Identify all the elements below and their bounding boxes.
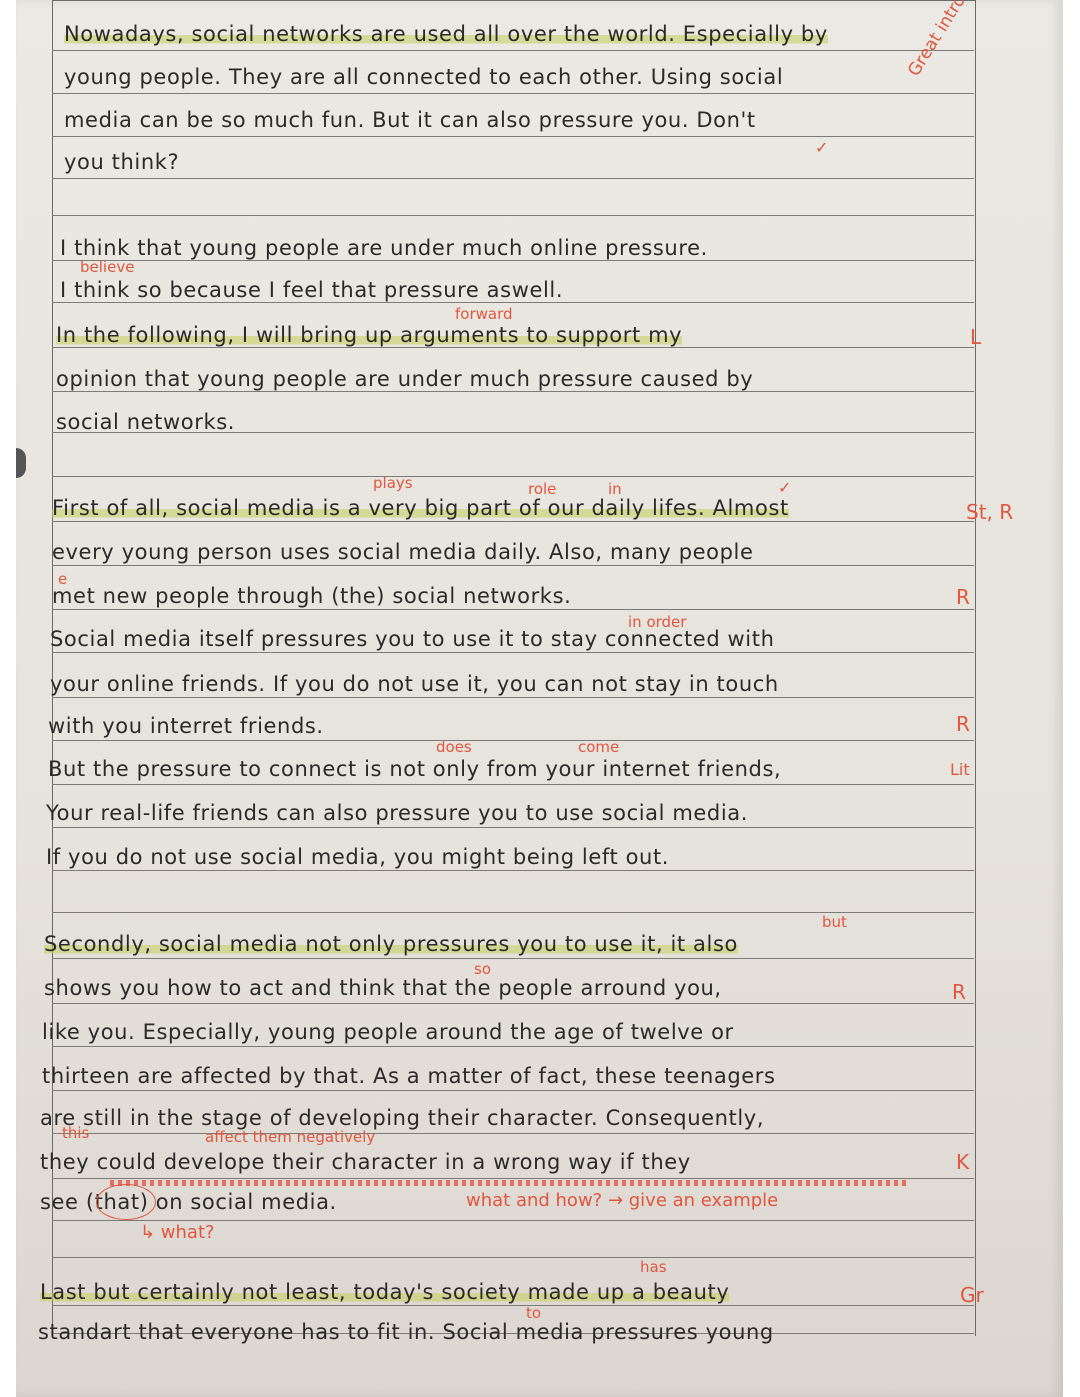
essay-line: every young person uses social media dai…: [52, 540, 952, 564]
essay-line: are still in the stage of developing the…: [40, 1106, 940, 1130]
essay-line: shows you how to act and think that the …: [44, 976, 944, 1000]
margin-mark: Gr: [960, 1283, 984, 1307]
margin-mark: R: [956, 585, 970, 609]
essay-line: opinion that young people are under much…: [56, 367, 956, 391]
essay-line: First of all, social media is a very big…: [52, 496, 952, 520]
correction-has: has: [640, 1258, 667, 1276]
essay-line: Social media itself pressures you to use…: [50, 627, 950, 651]
margin-mark: L: [970, 325, 981, 349]
essay-line: young people. They are all connected to …: [64, 65, 964, 89]
correction-believe: believe: [80, 258, 134, 276]
correction-this: this: [62, 1124, 89, 1142]
essay-line: social networks.: [56, 410, 956, 434]
essay-line: Last but certainly not least, today's so…: [40, 1280, 940, 1304]
margin-mark: K: [956, 1150, 969, 1174]
essay-line: like you. Especially, young people aroun…: [42, 1020, 942, 1044]
page-frame: [52, 0, 976, 1336]
check-mark-icon: ✓: [778, 478, 791, 497]
essay-line: they could develope their character in a…: [40, 1150, 940, 1174]
circle-mark: [96, 1184, 156, 1220]
essay-line: your online friends. If you do not use i…: [50, 672, 950, 696]
essay-line: Nowadays, social networks are used all o…: [64, 22, 964, 46]
essay-line: If you do not use social media, you migh…: [46, 845, 946, 869]
essay-line: I think that young people are under much…: [60, 236, 960, 260]
correction-does: does: [436, 738, 472, 756]
essay-line: with you interret friends.: [48, 714, 948, 738]
correction-affect-them-negatively: affect them negatively: [205, 1128, 375, 1146]
correction-forward: forward: [455, 305, 513, 323]
essay-line: media can be so much fun. But it can als…: [64, 108, 964, 132]
essay-line: Secondly, social media not only pressure…: [44, 932, 944, 956]
correction-come: come: [578, 738, 619, 756]
check-mark-icon: ✓: [815, 138, 828, 157]
correction-but: but: [822, 913, 847, 931]
margin-mark: R: [956, 712, 970, 736]
margin-mark: St, R: [966, 500, 1013, 524]
essay-line: Your real-life friends can also pressure…: [46, 801, 946, 825]
essay-line: In the following, I will bring up argume…: [56, 323, 956, 347]
teacher-comment-give-example: what and how? → give an example: [466, 1190, 778, 1211]
wavy-underline: [110, 1180, 910, 1186]
punch-hole: [16, 448, 26, 478]
teacher-comment-what: ↳ what?: [140, 1222, 215, 1243]
essay-line: thirteen are affected by that. As a matt…: [42, 1064, 942, 1088]
essay-line: But the pressure to connect is not only …: [48, 757, 948, 781]
correction-plays: plays: [373, 474, 413, 492]
margin-mark: Lit: [950, 760, 970, 779]
essay-line: you think?: [64, 150, 964, 174]
essay-line: I think so because I feel that pressure …: [60, 278, 960, 302]
margin-mark: R: [952, 980, 966, 1004]
essay-line: met new people through (the) social netw…: [52, 584, 952, 608]
essay-line: standart that everyone has to fit in. So…: [38, 1320, 938, 1344]
